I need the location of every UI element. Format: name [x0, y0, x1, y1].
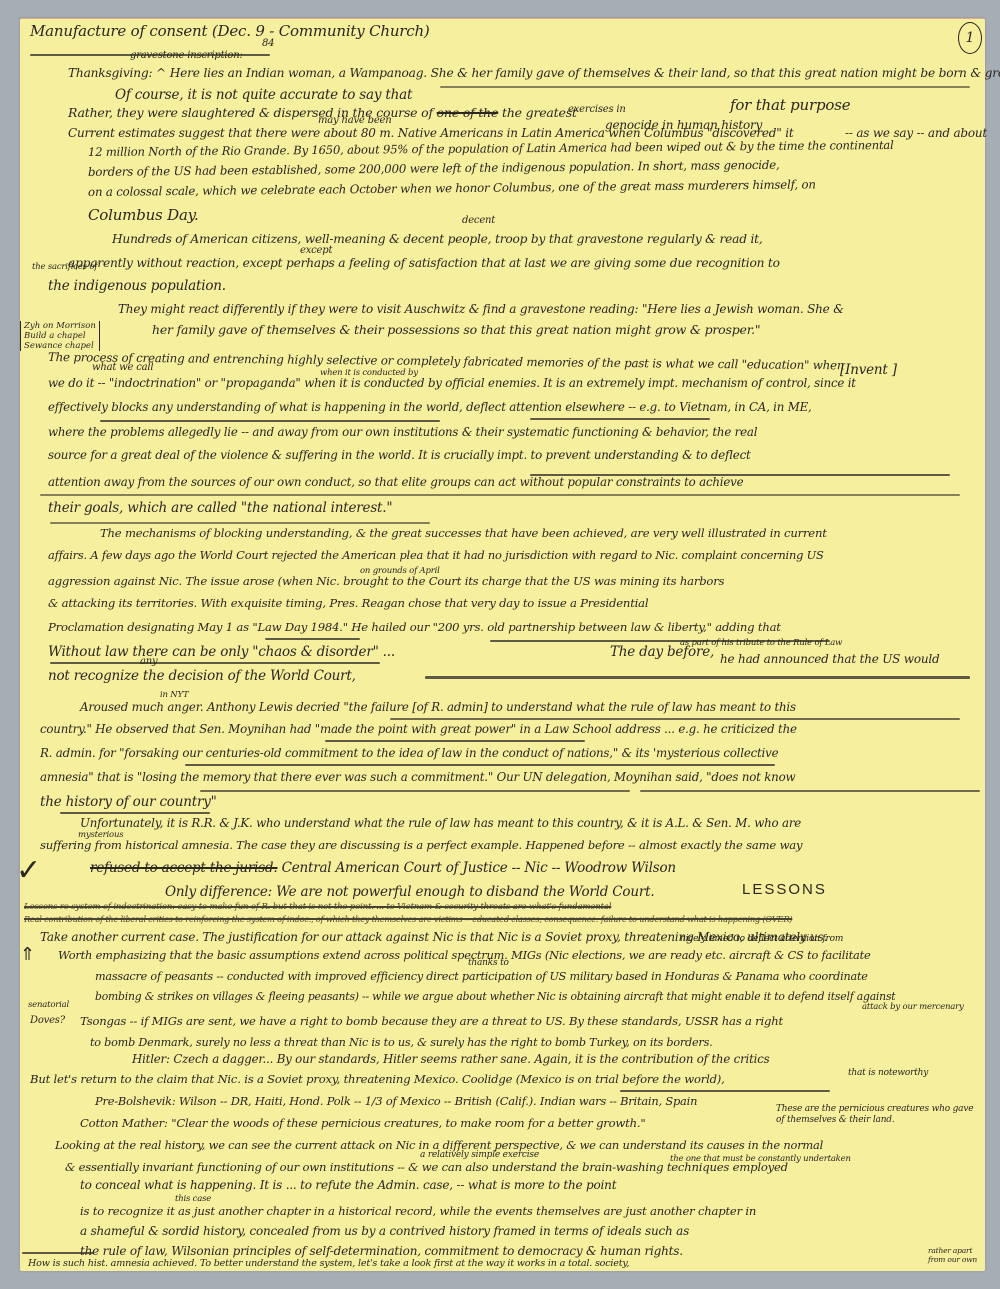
line-hundreds: Hundreds of American citizens, well-mean…: [112, 232, 763, 246]
line-r-admin: R. admin. for "forsaking our centuries-o…: [40, 746, 778, 760]
line-unfortunately: Unfortunately, it is R.R. & J.K. who und…: [80, 816, 801, 830]
note-rather-apart: rather apart from our own: [928, 1246, 983, 1264]
line-cotton-mather: Cotton Mather: "Clear the woods of these…: [80, 1116, 646, 1130]
line-suffering: suffering from historical amnesia. The c…: [40, 838, 802, 852]
margin-note-senatorial: senatorial: [28, 1000, 69, 1010]
underline-goals: [50, 522, 430, 524]
line-her-family: her family gave of themselves & their po…: [152, 322, 760, 337]
underline-losing: [200, 790, 630, 792]
greatest-text: the greatest: [502, 105, 577, 120]
line-indigenous: the indigenous population.: [48, 278, 226, 294]
underline-law-day: [265, 638, 360, 640]
line-mechanisms: The mechanisms of blocking understanding…: [100, 526, 827, 540]
struck-lessons-line: Lessons re system of indoctrination: eas…: [24, 902, 611, 912]
checkmark-icon: ✓: [16, 853, 41, 888]
line-affairs: affairs. A few days ago the World Court …: [48, 548, 824, 562]
struck-one-of-the: one of the: [437, 105, 499, 120]
underline-family-gave: [440, 86, 970, 88]
underline-history: [60, 812, 210, 814]
insert-thanks-to: thanks to: [468, 958, 509, 968]
line-source: source for a great deal of the violence …: [48, 448, 751, 462]
line-worth: Worth emphasizing that the basic assumpt…: [58, 948, 871, 962]
insert-may-have-been: may have been: [318, 115, 392, 126]
line-bombing: bombing & strikes on villages & fleeing …: [95, 990, 895, 1003]
line-hitler: Hitler: Czech a dagger... By our standar…: [132, 1052, 769, 1066]
line-tsongas: Tsongas -- if MIGs are sent, we have a r…: [80, 1014, 783, 1028]
line-not-recognize: not recognize the decision of the World …: [48, 668, 356, 684]
central-american-text: Central American Court of Justice -- Nic…: [282, 860, 676, 876]
line-thanksgiving: Thanksgiving: ^ Here lies an Indian woma…: [68, 66, 1000, 80]
underline-mexico-trial: [620, 1090, 830, 1092]
strikeout-scribble: [425, 676, 970, 679]
underline-attention: [40, 494, 960, 496]
line-columbus-day: Columbus Day.: [88, 206, 199, 224]
margin-box-line: Zyh on Morrison: [24, 321, 96, 331]
insert-constantly: the one that must be constantly undertak…: [670, 1154, 851, 1164]
line-amnesia: amnesia" that is "losing the memory that…: [40, 770, 795, 784]
insert-gravestone: gravestone inscription:: [130, 50, 243, 61]
margin-box-notes: Zyh on Morrison Build a chapel Sewance c…: [20, 321, 100, 351]
line-effectively: effectively blocks any understanding of …: [48, 400, 812, 414]
line-central-american: refused to accept the jurisd. Central Am…: [90, 860, 676, 876]
struck-refused: refused to accept the jurisd.: [90, 860, 277, 876]
line-they-might: They might react differently if they wer…: [118, 302, 844, 316]
line-shameful: a shameful & sordid history, concealed f…: [80, 1224, 689, 1238]
line-apparently: apparently without reaction, except perh…: [68, 256, 780, 270]
title-year: 84: [262, 38, 274, 49]
line-only-difference: Only difference: We are not powerful eno…: [165, 884, 654, 900]
margin-note-sacrifices: the sacrifices of: [32, 262, 97, 272]
note-pernicious-creatures: These are the pernicious creatures who g…: [776, 1104, 976, 1126]
arrow-up-icon: ⇑: [20, 944, 35, 965]
insert-simple-exercise: a relatively simple exercise: [420, 1150, 539, 1160]
insert-noteworthy: that is noteworthy: [848, 1068, 928, 1078]
insert-attack-by: attack by our mercenary: [862, 1002, 964, 1012]
line-to-conceal: to conceal what is happening. It is ... …: [80, 1178, 616, 1192]
line-of-course: Of course, it is not quite accurate to s…: [115, 87, 412, 103]
line-aroused: Aroused much anger. Anthony Lewis decrie…: [80, 700, 796, 714]
line-bomb-denmark: to bomb Denmark, surely no less a threat…: [90, 1036, 712, 1049]
line-recognize: is to recognize it as just another chapt…: [80, 1204, 756, 1218]
line-rule-of-law: the rule of law, Wilsonian principles of…: [80, 1244, 683, 1258]
page-number: 1: [958, 22, 982, 54]
insert-in-nyt: in NYT: [160, 690, 188, 700]
insert-except: except: [300, 245, 332, 256]
underline-made-point: [325, 740, 585, 742]
line-current-estimates: Current estimates suggest that there wer…: [68, 126, 793, 140]
line-aggression: aggression against Nic. The issue arose …: [48, 574, 724, 588]
line-where: where the problems allegedly lie -- and …: [48, 425, 757, 439]
page-title: Manufacture of consent (Dec. 9 - Communi…: [30, 22, 430, 40]
insert-this-case: this case: [175, 1194, 211, 1204]
line-without-law: Without law there can be only "chaos & d…: [48, 644, 395, 660]
line-attacking: & attacking its territories. With exquis…: [48, 596, 648, 610]
struck-contribution-line: Real contribution of the liberal critics…: [24, 914, 792, 924]
underline-blocks: [100, 420, 440, 422]
line-their-goals: their goals, which are called "the natio…: [48, 500, 392, 516]
line-country: country." He observed that Sen. Moynihan…: [40, 722, 797, 736]
line-announced: he had announced that the US would: [720, 652, 940, 666]
line-but-lets: But let's return to the claim that Nic. …: [30, 1072, 725, 1086]
line-history-country: the history of our country": [40, 794, 217, 810]
underline-deflect: [530, 418, 710, 420]
insert-any: any: [140, 656, 157, 667]
line-pre-bolshevik: Pre-Bolshevik: Wilson -- DR, Haiti, Hond…: [95, 1094, 697, 1108]
line-we-do-it: we do it -- "indoctrination" or "propaga…: [48, 376, 856, 390]
line-proclamation: Proclamation designating May 1 as "Law D…: [48, 620, 781, 634]
underline-failure: [390, 718, 960, 720]
margin-note-doves: Doves?: [30, 1015, 65, 1026]
underline-un-delegation: [640, 790, 980, 792]
insert-tribute: as part of his tribute to the Rule of La…: [680, 638, 842, 648]
insert-exercises-in: exercises in: [568, 104, 626, 115]
line-attention: attention away from the sources of our o…: [48, 475, 743, 489]
title-text: Manufacture of consent (Dec. 9 - Communi…: [30, 22, 430, 40]
line-how-is-such: How is such hist. amnesia achieved. To b…: [28, 1258, 629, 1269]
insert-for-that-purpose: for that purpose: [730, 96, 850, 114]
heading-lessons: LESSONS: [742, 881, 827, 898]
insert-nicely-timed: nicely timed to deflect attention from: [680, 934, 843, 944]
separator-line: [22, 1252, 94, 1254]
margin-box-line: Build a chapel: [24, 331, 96, 341]
insert-decent: decent: [462, 215, 495, 226]
underline-without-law: [50, 662, 380, 664]
line-massacre: massacre of peasants -- conducted with i…: [95, 970, 868, 983]
underline-forsaking: [185, 764, 775, 766]
